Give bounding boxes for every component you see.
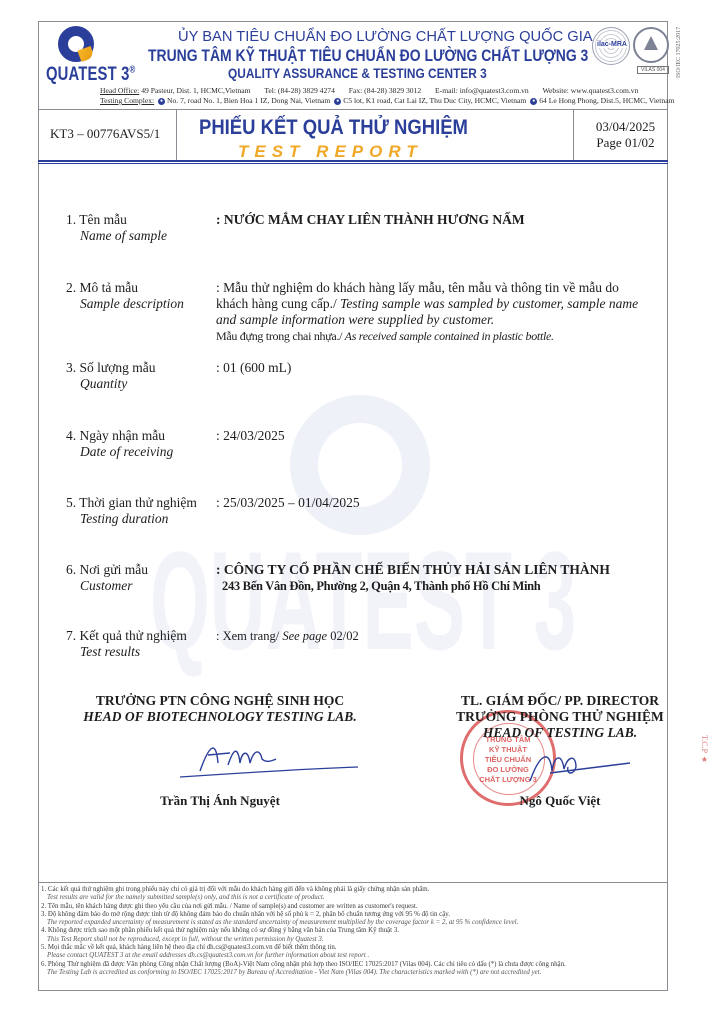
boa-accreditation-badge-icon [633, 27, 669, 63]
iso-standard: ISO/IEC 17025:2017 [676, 26, 682, 78]
signer-authority: TL. GIÁM ĐỐC/ PP. DIRECTOR [400, 693, 720, 709]
head-office-label: Head Office: [100, 86, 139, 95]
note-4-vn: 4. Không được trích sao một phần phiếu k… [41, 927, 668, 935]
signer-title-vn: TRƯỞNG PTN CÔNG NGHỆ SINH HỌC [60, 693, 380, 709]
website: Website: www.quatest3.com.vn [542, 86, 638, 95]
note-6-en: The Testing Lab is accredited as conform… [41, 969, 668, 977]
page-number: Page 01/02 [588, 135, 663, 151]
field-sample-description: 2. Mô tả mẫu Sample description : Mẫu th… [66, 280, 184, 312]
report-code: KT3 – 00776AVS5/1 [50, 126, 160, 142]
testing-duration-value: : 25/03/2025 – 01/04/2025 [216, 495, 646, 511]
report-date: 03/04/2025 [588, 119, 663, 135]
handwritten-signature-icon [510, 741, 650, 791]
sample-name-value: : NƯỚC MẮM CHAY LIÊN THÀNH HƯƠNG NẤM [216, 212, 646, 228]
location-pin-icon: ● [158, 98, 165, 105]
note-3-en: The reported expanded uncertainty of mea… [41, 919, 668, 927]
fax: Fax: (84-28) 3829 3012 [349, 86, 421, 95]
note-3-vn: 3. Độ không đảm bảo đo mở rộng được tính… [41, 911, 668, 919]
header-center-vn: TRUNG TÂM KỸ THUẬT TIÊU CHUẨN ĐO LƯỜNG C… [148, 46, 588, 66]
email: E-mail: info@quatest3.com.vn [435, 86, 529, 95]
customer-address: 243 Bến Vân Đồn, Phường 2, Quận 4, Thành… [216, 578, 686, 594]
testing-complex-line: Testing Complex: ●No. 7, road No. 1, Bie… [100, 96, 674, 105]
signature-block-left: TRƯỞNG PTN CÔNG NGHỆ SINH HỌC HEAD OF BI… [60, 693, 380, 725]
logo-text: QUATEST 3 [46, 64, 129, 85]
report-title-vn: PHIẾU KẾT QUẢ THỬ NGHIỆM [199, 116, 468, 140]
divider [573, 110, 574, 160]
watermark-text: QUATEST 3 [150, 520, 576, 682]
note-2: 2. Tên mẫu, tên khách hàng được ghi theo… [41, 903, 668, 911]
signer-title-vn: TRƯỞNG PHÒNG THỬ NGHIỆM [400, 709, 720, 725]
field-customer: 6. Nơi gửi mẫu Customer : CÔNG TY CỔ PHẦ… [66, 562, 148, 594]
testing-complex-label: Testing Complex: [100, 96, 154, 105]
head-office-address: 49 Pasteur, Dist. 1, HCMC,Vietnam [141, 86, 250, 95]
test-results-value: : Xem trang/ See page 02/02 [216, 628, 646, 644]
field-quantity: 3. Số lượng mẫu Quantity : 01 (600 mL) [66, 360, 155, 392]
field-testing-duration: 5. Thời gian thử nghiệm Testing duration… [66, 495, 197, 527]
divider [176, 110, 177, 160]
note-4-en: This Test Report shall not be reproduced… [41, 936, 668, 944]
header-agency: ỦY BAN TIÊU CHUẨN ĐO LƯỜNG CHẤT LƯỢNG QU… [178, 28, 593, 45]
signer-name: Ngô Quốc Việt [400, 793, 720, 809]
customer-value: : CÔNG TY CỔ PHẦN CHẾ BIẾN THỦY HẢI SẢN … [216, 562, 686, 594]
field-sample-name: 1. Tên mẫu Name of sample : NƯỚC MẮM CHA… [66, 212, 167, 244]
signer-title-en: HEAD OF TESTING LAB. [400, 725, 720, 741]
date-of-receiving-value: : 24/03/2025 [216, 428, 646, 444]
ilac-mra-badge-icon: ilac-MRA [592, 27, 630, 65]
watermark-logo [290, 395, 430, 535]
note-1-en: Test results are valid for the namely su… [41, 894, 668, 902]
complex-address-2: C5 lot, K1 road, Cat Lai IZ, Thu Duc Cit… [343, 96, 526, 105]
customer-name: : CÔNG TY CỔ PHẦN CHẾ BIẾN THỦY HẢI SẢN … [216, 562, 686, 578]
signature-block-right: TL. GIÁM ĐỐC/ PP. DIRECTOR TRƯỞNG PHÒNG … [400, 693, 720, 741]
note-6-vn: 6. Phòng Thử nghiệm đã được Văn phòng Cô… [41, 961, 668, 969]
handwritten-signature-icon [180, 733, 360, 783]
registered-mark: ® [129, 65, 135, 76]
title-row: KT3 – 00776AVS5/1 PHIẾU KẾT QUẢ THỬ NGHI… [38, 109, 668, 159]
sample-description-value: : Mẫu thử nghiệm do khách hàng lấy mẫu, … [216, 280, 646, 344]
note-5-vn: 5. Mọi thắc mắc về kết quả, khách hàng l… [41, 944, 668, 952]
title-rule [38, 160, 668, 164]
telephone: Tel: (84-28) 3829 4274 [264, 86, 335, 95]
header-center-en: QUALITY ASSURANCE & TESTING CENTER 3 [228, 66, 487, 81]
location-pin-icon: ● [334, 98, 341, 105]
complex-address-3: 64 Le Hong Phong, Dist.5, HCMC, Vietnam [539, 96, 674, 105]
footnotes: 1. Các kết quả thử nghiệm ghi trong phiế… [38, 882, 668, 991]
field-test-results: 7. Kết quả thử nghiệm Test results : Xem… [66, 628, 187, 660]
head-office-line: Head Office: 49 Pasteur, Dist. 1, HCMC,V… [100, 86, 638, 95]
vilas-code: VILAS 004 [637, 66, 669, 74]
complex-address-1: No. 7, road No. 1, Bien Hoa 1 IZ, Dong N… [167, 96, 330, 105]
note-1-vn: 1. Các kết quả thử nghiệm ghi trong phiế… [41, 886, 668, 894]
note-5-en: Please contact QUATEST 3 at the email ad… [41, 952, 668, 960]
location-pin-icon: ● [530, 98, 537, 105]
quatest3-logo: QUATEST 3® [46, 26, 146, 86]
signer-name: Trần Thị Ánh Nguyệt [60, 793, 380, 809]
field-date-of-receiving: 4. Ngày nhận mẫu Date of receiving : 24/… [66, 428, 173, 460]
report-title-en: TEST REPORT [238, 142, 423, 162]
quantity-value: : 01 (600 mL) [216, 360, 646, 376]
signer-title-en: HEAD OF BIOTECHNOLOGY TESTING LAB. [60, 709, 380, 725]
